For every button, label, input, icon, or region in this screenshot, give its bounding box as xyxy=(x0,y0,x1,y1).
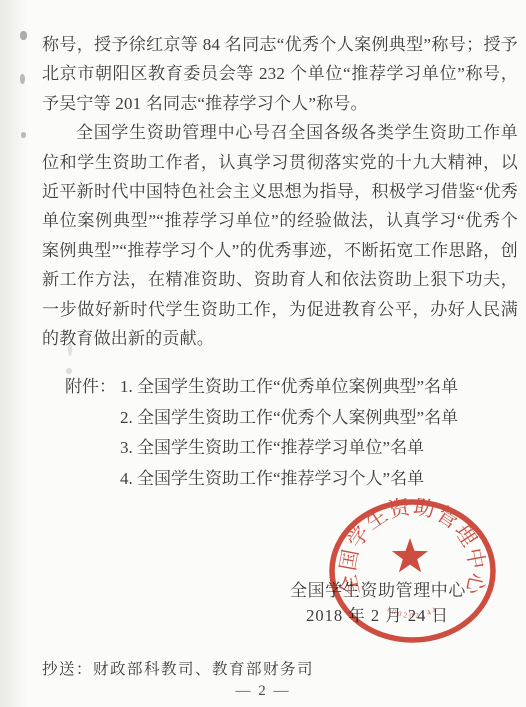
text-line: 北京市朝阳区教育委员会等 232 个单位“推荐学习单位”称号，授 xyxy=(42,59,518,88)
signature-organization: 全国学生资助管理中心 xyxy=(290,576,466,601)
signature-date: 2018 年 2 月 24 日 xyxy=(306,602,449,626)
text-line: 案例典型”“推荐学习个人”的优秀事迹，不断拓宽工作思路，创 xyxy=(42,236,518,265)
scan-edge-shadow xyxy=(0,0,28,707)
page-number: — 2 — xyxy=(0,683,526,700)
text-line: 一步做好新时代学生资助工作，为促进教育公平，办好人民满意 xyxy=(42,295,518,324)
scan-artifact xyxy=(20,31,27,40)
attachment-item: 3. 全国学生资助工作“推荐学习单位”名单 xyxy=(65,433,505,464)
paragraph-2: 全国学生资助管理中心号召全国各级各类学生资助工作单 位和学生资助工作者，认真学习… xyxy=(42,118,518,353)
paragraph-1: 称号，授予徐红京等 84 名同志“优秀个人案例典型”称号；授予 北京市朝阳区教育… xyxy=(42,30,518,118)
scan-artifact xyxy=(20,74,25,84)
attachment-item: 2. 全国学生资助工作“优秀个人案例典型”名单 xyxy=(65,403,505,434)
attachment-item: 附件：1. 全国学生资助工作“优秀单位案例典型”名单 xyxy=(65,372,505,403)
text-line: 近平新时代中国特色社会主义思想为指导，积极学习借鉴“优秀 xyxy=(42,177,518,206)
text-line: 全国学生资助管理中心号召全国各级各类学生资助工作单 xyxy=(42,118,518,147)
attachment-item-text: 1. 全国学生资助工作“优秀单位案例典型”名单 xyxy=(120,377,458,396)
text-line: 的教育做出新的贡献。 xyxy=(42,324,518,353)
attachments-section: 附件：1. 全国学生资助工作“优秀单位案例典型”名单 2. 全国学生资助工作“优… xyxy=(65,372,505,494)
body-text: 称号，授予徐红京等 84 名同志“优秀个人案例典型”称号；授予 北京市朝阳区教育… xyxy=(42,30,518,353)
text-line: 称号，授予徐红京等 84 名同志“优秀个人案例典型”称号；授予 xyxy=(42,30,518,59)
text-line: 位和学生资助工作者，认真学习贯彻落实党的十九大精神，以习 xyxy=(42,148,518,177)
cc-line: 抄送：财政部科教司、教育部财务司 xyxy=(42,657,314,679)
star-icon xyxy=(392,538,428,572)
text-line: 单位案例典型”“推荐学习单位”的经验做法，认真学习“优秀个人 xyxy=(42,206,518,235)
attachments-label: 附件： xyxy=(65,377,116,396)
scan-artifact xyxy=(66,368,72,374)
scan-artifact xyxy=(68,342,72,356)
attachment-item: 4. 全国学生资助工作“推荐学习个人”名单 xyxy=(65,464,505,495)
text-line: 予吴宁等 201 名同志“推荐学习个人”称号。 xyxy=(42,89,518,118)
text-line: 新工作方法，在精准资助、资助育人和依法资助上狠下功夫，进 xyxy=(42,265,518,294)
scan-artifact xyxy=(21,132,26,138)
document-page: 称号，授予徐红京等 84 名同志“优秀个人案例典型”称号；授予 北京市朝阳区教育… xyxy=(0,0,526,707)
